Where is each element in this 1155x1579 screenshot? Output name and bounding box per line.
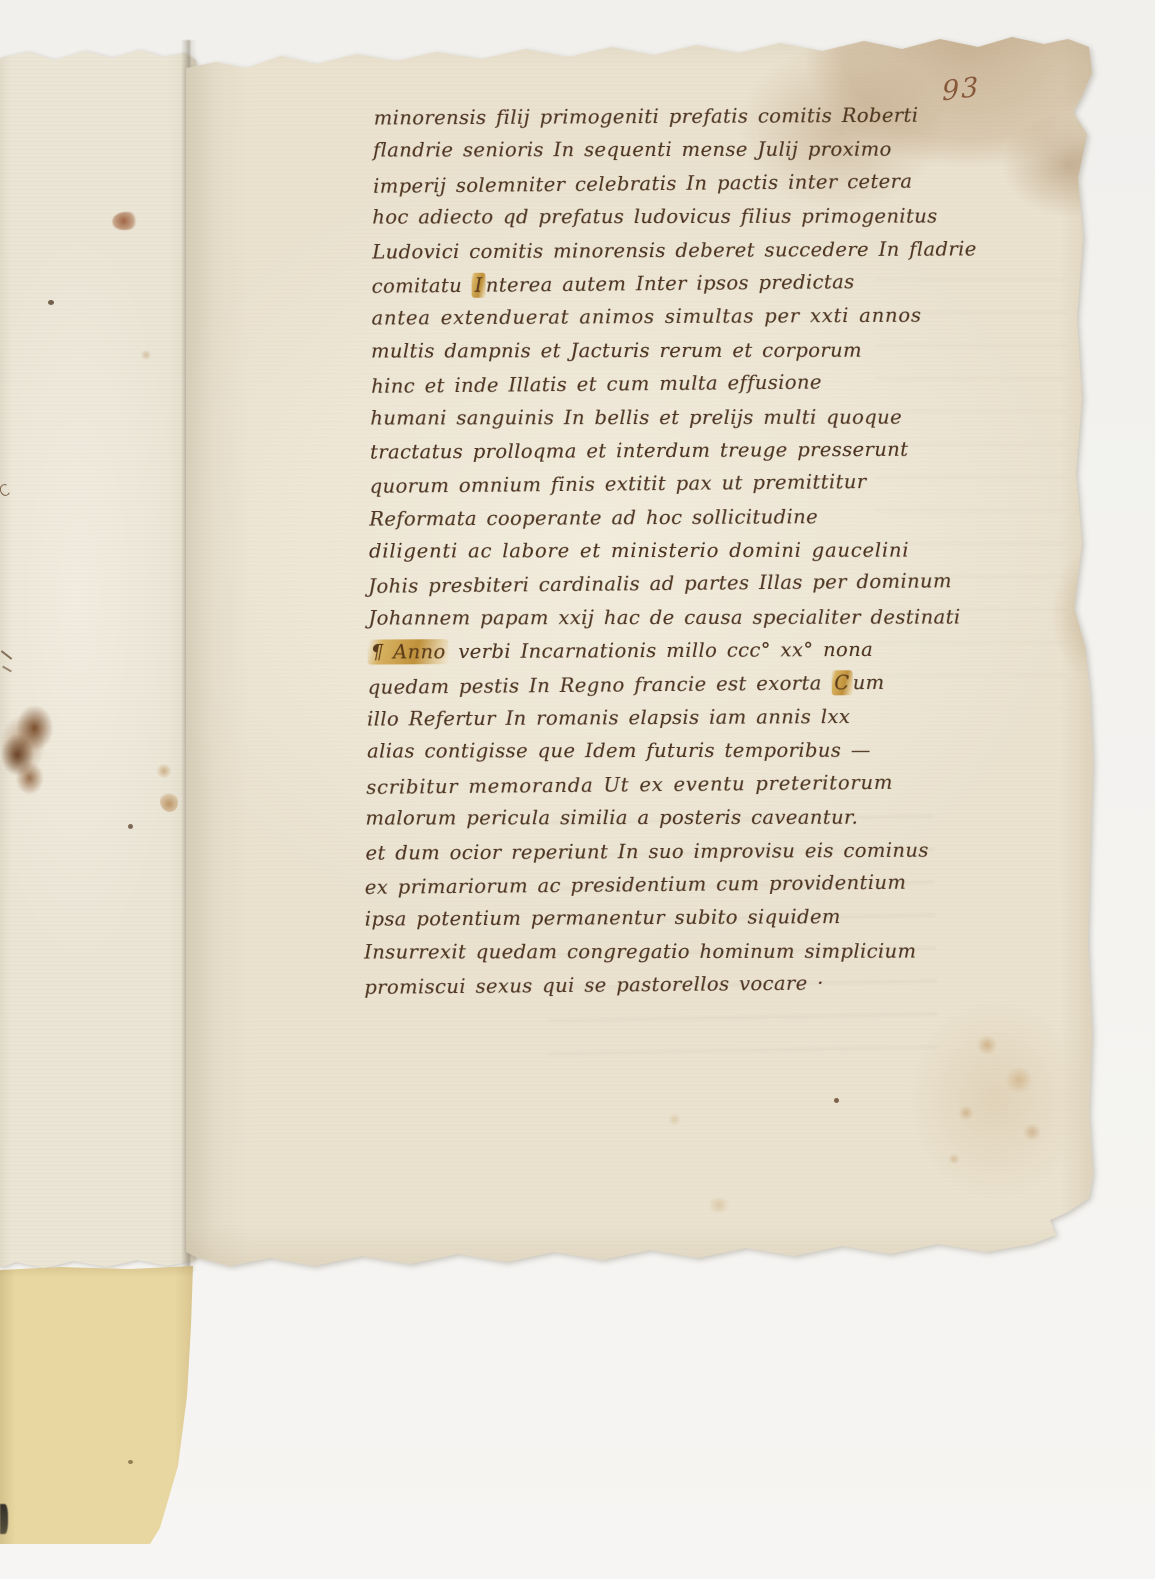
foxing-spot	[1022, 1124, 1042, 1140]
ink-text: antea extenduerat animos simultas per xx…	[371, 304, 921, 330]
manuscript-line: Insurrexit quedam congregatio hominum si…	[364, 934, 958, 968]
ink-text: ipsa potentium permanentur subito siquid…	[365, 905, 841, 930]
ink-text: quorum omnium finis extitit pax ut premi…	[370, 470, 867, 498]
manuscript-line: multis dampnis et Jacturis rerum et corp…	[371, 333, 955, 367]
ink-text: flandrie senioris In sequenti mense Juli…	[373, 138, 892, 162]
manuscript-line: ¶ Anno verbi Incarnationis millo ccc° xx…	[368, 633, 957, 669]
manuscript-line: diligenti ac labore et ministerio domini…	[369, 534, 956, 568]
manuscript-line: humani sanguinis In bellis et prelijs mu…	[370, 400, 955, 434]
ink-text: hoc adiecto qd prefatus ludovicus filius…	[373, 205, 938, 229]
ink-text: illo Refertur In romanis elapsis iam ann…	[367, 705, 850, 731]
ink-text: um	[852, 671, 884, 694]
manuscript-line: minorensis filij primogeniti prefatis co…	[374, 98, 954, 134]
foxing-spot	[1004, 1068, 1034, 1092]
manuscript-line: Ludovici comitis minorensis deberet succ…	[372, 232, 954, 268]
ink-text: verbi Incarnationis millo ccc° xx° nona	[449, 638, 874, 663]
ink-text: nterea autem Inter ipsos predictas	[486, 270, 855, 297]
manuscript-line: hoc adiecto qd prefatus ludovicus filius…	[373, 200, 955, 234]
manuscript-line: antea extenduerat animos simultas per xx…	[371, 299, 954, 335]
ink-text: Reformata cooperante ad hoc sollicitudin…	[369, 505, 818, 530]
manuscript-line: tractatus prolloqma et interdum treuge p…	[370, 432, 956, 468]
manuscript-line: scribitur memoranda Ut ex eventu preteri…	[366, 765, 957, 804]
ink-text: scribitur memoranda Ut ex eventu preteri…	[366, 771, 893, 799]
ink-text: promiscui sexus qui se pastorellos vocar…	[364, 972, 824, 999]
ink-blot-stain	[0, 700, 62, 800]
tan-spot	[156, 764, 172, 778]
manuscript-line: quedam pestis In Regno francie est exort…	[367, 665, 957, 704]
ink-text: comitatu	[372, 274, 472, 298]
foxing-spot	[668, 1114, 681, 1125]
manuscript-line: Johannem papam xxij hac de causa special…	[368, 600, 956, 634]
manuscript-line: quorum omnium finis extitit pax ut premi…	[369, 465, 955, 504]
faint-stain	[140, 350, 152, 360]
manuscript-photograph: 93 minorensis filij primogeniti prefatis…	[0, 0, 1155, 1579]
dark-speck	[128, 824, 133, 829]
right-page-wrap: 93 minorensis filij primogeniti prefatis…	[186, 28, 1096, 1274]
ink-text: malorum pericula similia a posteris cave…	[366, 806, 859, 830]
ink-text: imperij solemniter celebratis In pactis …	[373, 169, 912, 197]
ink-text: quedam pestis In Regno francie est exort…	[367, 671, 831, 698]
dark-speck	[834, 1098, 839, 1103]
manuscript-line: comitatu Interea autem Inter ipsos predi…	[372, 264, 955, 303]
tan-spot	[160, 792, 178, 812]
foxing-spot	[948, 1154, 960, 1164]
dark-speck	[128, 1460, 133, 1464]
manuscript-text-block: minorensis filij primogeniti prefatis co…	[374, 98, 959, 1003]
ink-text: Johis presbiteri cardinalis ad partes Il…	[368, 570, 952, 599]
stray-ink-mark	[0, 483, 12, 498]
ink-text: ex primariorum ac presidentium cum provi…	[365, 871, 907, 899]
ink-text: Insurrexit quedam congregatio hominum si…	[364, 939, 916, 963]
manuscript-line: ex primariorum ac presidentium cum provi…	[365, 865, 958, 904]
stray-ink-stroke	[2, 666, 12, 673]
ink-text: Ludovici comitis minorensis deberet succ…	[372, 237, 977, 263]
flyleaf	[0, 1266, 194, 1544]
manuscript-line: hinc et inde Illatis et cum multa effusi…	[371, 364, 956, 403]
right-page-folio-93: 93 minorensis filij primogeniti prefatis…	[186, 28, 1096, 1274]
rust-stain	[112, 212, 138, 230]
manuscript-line: Reformata cooperante ad hoc sollicitudin…	[369, 499, 956, 535]
gold-highlighted-initial: I	[472, 273, 486, 298]
ink-text: tractatus prolloqma et interdum treuge p…	[370, 438, 908, 464]
ink-text: hinc et inde Illatis et cum multa effusi…	[371, 371, 822, 398]
left-page-wrap	[0, 48, 196, 1270]
ink-text: diligenti ac labore et ministerio domini…	[369, 539, 909, 563]
manuscript-line: malorum pericula similia a posteris cave…	[366, 801, 958, 835]
ink-text: alias contigisse que Idem futuris tempor…	[367, 739, 871, 763]
dark-speck	[48, 300, 54, 305]
ink-text: et dum ocior reperiunt In suo improvisu …	[365, 838, 928, 864]
ink-text: minorensis filij primogeniti prefatis co…	[374, 104, 919, 130]
gold-highlighted-initial: C	[831, 670, 853, 695]
manuscript-line: et dum ocior reperiunt In suo improvisu …	[365, 833, 957, 869]
binding-shadow	[0, 1504, 8, 1534]
stray-ink-stroke	[1, 650, 12, 660]
foxing-spot	[976, 1036, 998, 1054]
ink-text: Johannem papam xxij hac de causa special…	[368, 605, 960, 629]
manuscript-line: alias contigisse que Idem futuris tempor…	[367, 734, 957, 768]
left-page	[0, 48, 196, 1270]
ink-text: humani sanguinis In bellis et prelijs mu…	[370, 405, 902, 429]
foxing-spot	[958, 1106, 974, 1120]
manuscript-line: flandrie senioris In sequenti mense Juli…	[373, 133, 954, 167]
manuscript-line: ipsa potentium permanentur subito siquid…	[365, 900, 958, 936]
ink-text: multis dampnis et Jacturis rerum et corp…	[371, 338, 862, 362]
foxing-spot	[706, 1198, 732, 1212]
gold-highlighted-initial: ¶ Anno	[368, 639, 449, 664]
manuscript-line: imperij solemniter celebratis In pactis …	[373, 164, 954, 203]
manuscript-line: Johis presbiteri cardinalis ad partes Il…	[368, 565, 956, 604]
manuscript-line: promiscui sexus qui se pastorellos vocar…	[364, 965, 959, 1004]
manuscript-line: illo Refertur In romanis elapsis iam ann…	[367, 700, 957, 736]
